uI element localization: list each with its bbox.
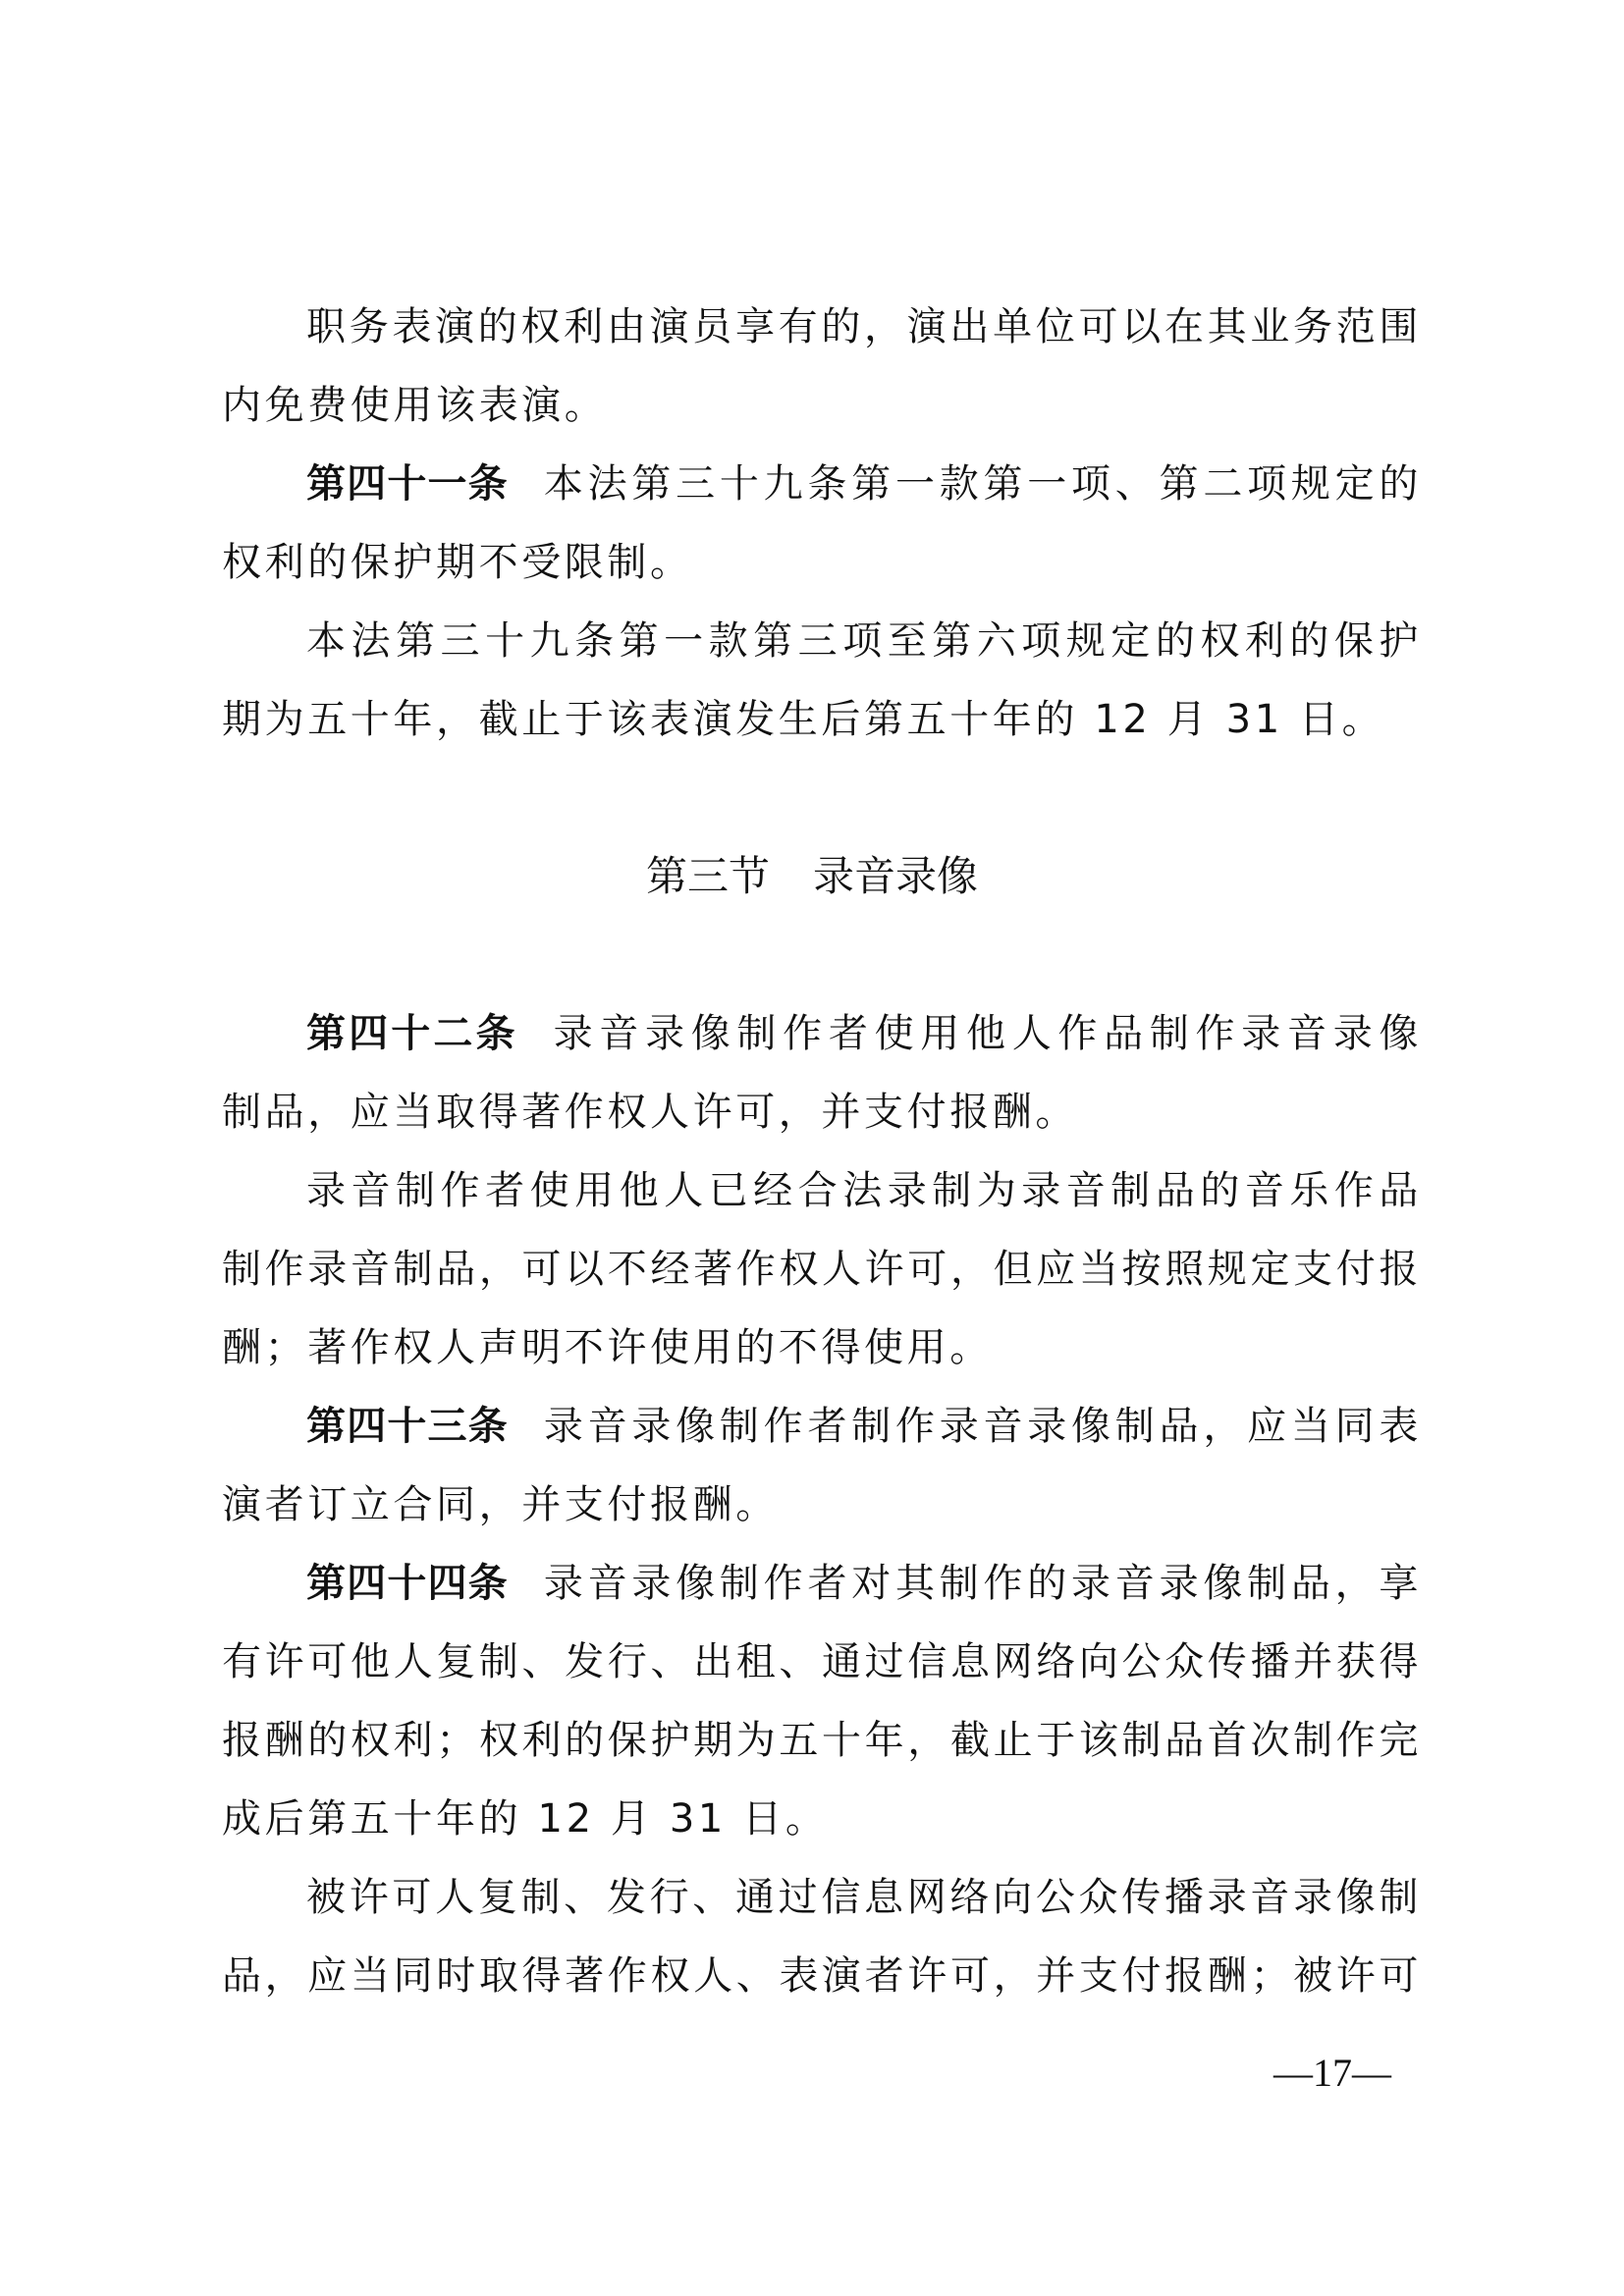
section-heading: 第三节录音录像 bbox=[0, 837, 1624, 916]
article-label: 第四十二条 bbox=[306, 1011, 518, 1056]
page-number: —17— bbox=[1273, 2050, 1391, 2096]
paragraph-line: 制品，应当取得著作权人许可，并支付报酬。 bbox=[222, 1073, 1422, 1151]
article-43-line: 第四十三条录音录像制作者制作录音录像制品，应当同表 bbox=[222, 1387, 1422, 1466]
article-label: 第四十三条 bbox=[306, 1404, 509, 1449]
paragraph-line: 有许可他人复制、发行、出租、通过信息网络向公众传播并获得 bbox=[222, 1623, 1422, 1701]
paragraph-line: 制作录音制品，可以不经著作权人许可，但应当按照规定支付报 bbox=[222, 1230, 1422, 1308]
paragraph-line: 被许可人复制、发行、通过信息网络向公众传播录音录像制 bbox=[222, 1858, 1422, 1937]
paragraph-line: 权利的保护期不受限制。 bbox=[222, 523, 1422, 602]
article-44-line: 第四十四条录音录像制作者对其制作的录音录像制品，享 bbox=[222, 1544, 1422, 1623]
paragraph-line: 报酬的权利；权利的保护期为五十年，截止于该制品首次制作完 bbox=[222, 1701, 1422, 1780]
paragraph-line: 内免费使用该表演。 bbox=[222, 366, 1422, 445]
paragraph-line: 职务表演的权利由演员享有的，演出单位可以在其业务范围 bbox=[222, 288, 1422, 366]
article-label: 第四十一条 bbox=[306, 461, 509, 507]
document-page: 职务表演的权利由演员享有的，演出单位可以在其业务范围 内免费使用该表演。 第四十… bbox=[0, 0, 1624, 2296]
section-title: 录音录像 bbox=[813, 852, 978, 900]
article-text: 录音录像制作者使用他人作品制作录音录像 bbox=[554, 1011, 1422, 1056]
paragraph-line: 演者订立合同，并支付报酬。 bbox=[222, 1466, 1422, 1544]
paragraph-line: 成后第五十年的 12 月 31 日。 bbox=[222, 1780, 1422, 1858]
article-text: 录音录像制作者制作录音录像制品，应当同表 bbox=[544, 1404, 1422, 1449]
paragraph-line: 本法第三十九条第一款第三项至第六项规定的权利的保护 bbox=[222, 602, 1422, 680]
article-text: 录音录像制作者对其制作的录音录像制品，享 bbox=[544, 1561, 1422, 1606]
article-label: 第四十四条 bbox=[306, 1561, 509, 1606]
section-number: 第三节 bbox=[646, 852, 770, 900]
article-text: 本法第三十九条第一款第一项、第二项规定的 bbox=[544, 461, 1422, 507]
article-41-line: 第四十一条本法第三十九条第一款第一项、第二项规定的 bbox=[222, 445, 1422, 523]
paragraph-line: 录音制作者使用他人已经合法录制为录音制品的音乐作品 bbox=[222, 1151, 1422, 1230]
paragraph-line: 期为五十年，截止于该表演发生后第五十年的 12 月 31 日。 bbox=[222, 680, 1422, 759]
paragraph-line: 酬；著作权人声明不许使用的不得使用。 bbox=[222, 1308, 1422, 1387]
paragraph-line: 品，应当同时取得著作权人、表演者许可，并支付报酬；被许可 bbox=[222, 1937, 1422, 2015]
article-42-line: 第四十二条录音录像制作者使用他人作品制作录音录像 bbox=[222, 994, 1422, 1073]
